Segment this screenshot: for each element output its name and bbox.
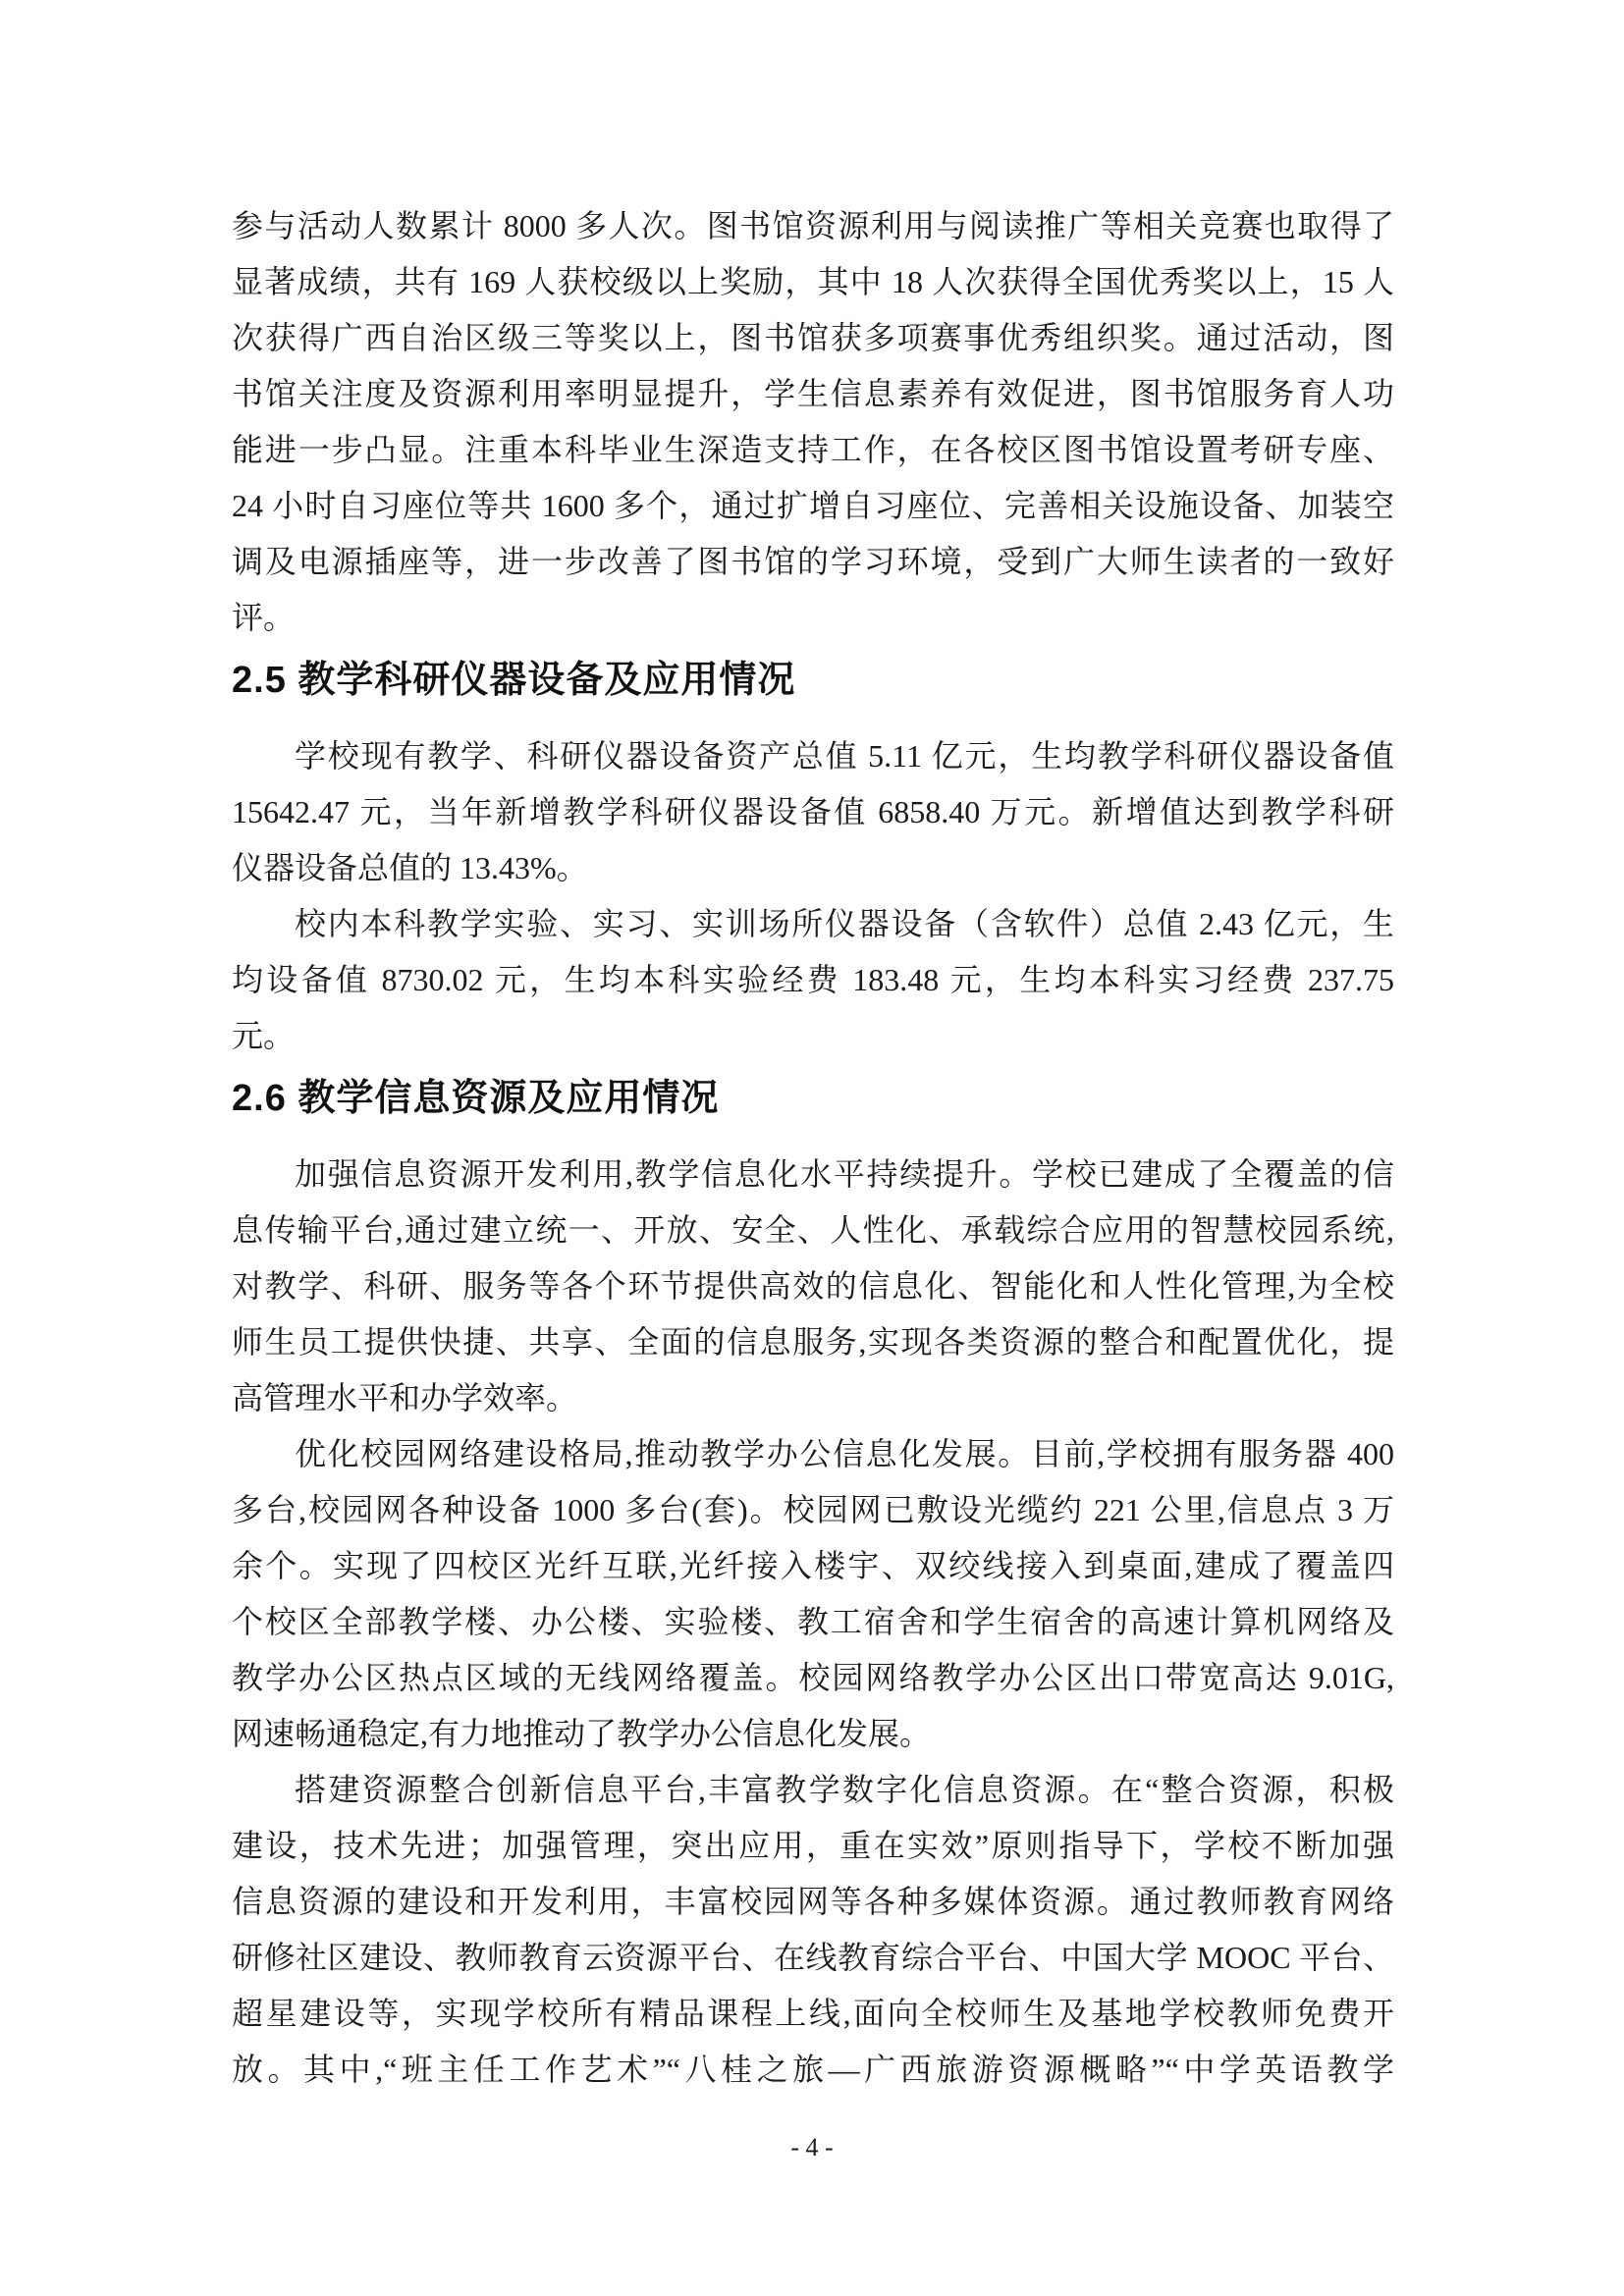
text-line: 评。 bbox=[232, 590, 1394, 646]
text-line: 建设，技术先进；加强管理，突出应用，重在实效”原则指导下，学校不断加强 bbox=[232, 1818, 1394, 1874]
text-line: 参与活动人数累计 8000 多人次。图书馆资源利用与阅读推广等相关竞赛也取得了 bbox=[232, 198, 1394, 254]
text-line: 元。 bbox=[232, 1008, 1394, 1064]
text-line: 15642.47 元，当年新增教学科研仪器设备值 6858.40 万元。新增值达… bbox=[232, 784, 1394, 840]
text-line: 教学办公区热点区域的无线网络覆盖。校园网络教学办公区出口带宽高达 9.01G, bbox=[232, 1650, 1394, 1706]
text-line: 均设备值 8730.02 元，生均本科实验经费 183.48 元，生均本科实习经… bbox=[232, 952, 1394, 1008]
text-line: 搭建资源整合创新信息平台,丰富教学数字化信息资源。在“整合资源，积极 bbox=[232, 1762, 1394, 1818]
text-line: 个校区全部教学楼、办公楼、实验楼、教工宿舍和学生宿舍的高速计算机网络及 bbox=[232, 1594, 1394, 1650]
text-line: 信息资源的建设和开发利用，丰富校园网等各种多媒体资源。通过教师教育网络 bbox=[232, 1874, 1394, 1930]
text-line: 调及电源插座等，进一步改善了图书馆的学习环境，受到广大师生读者的一致好 bbox=[232, 534, 1394, 590]
text-line: 息传输平台,通过建立统一、开放、安全、人性化、承载综合应用的智慧校园系统, bbox=[232, 1202, 1394, 1258]
section-heading-2-6: 2.6 教学信息资源及应用情况 bbox=[232, 1072, 1394, 1125]
text-line: 余个。实现了四校区光纤互联,光纤接入楼宇、双绞线接入到桌面,建成了覆盖四 bbox=[232, 1538, 1394, 1594]
text-line: 加强信息资源开发利用,教学信息化水平持续提升。学校已建成了全覆盖的信 bbox=[232, 1147, 1394, 1202]
section-heading-2-5: 2.5 教学科研仪器设备及应用情况 bbox=[232, 654, 1394, 707]
text-line: 多台,校园网各种设备 1000 多台(套)。校园网已敷设光缆约 221 公里,信… bbox=[232, 1482, 1394, 1538]
text-line: 对教学、科研、服务等各个环节提供高效的信息化、智能化和人性化管理,为全校 bbox=[232, 1258, 1394, 1314]
text-line: 次获得广西自治区级三等奖以上，图书馆获多项赛事优秀组织奖。通过活动，图 bbox=[232, 310, 1394, 366]
text-line: 高管理水平和办学效率。 bbox=[232, 1370, 1394, 1426]
text-line: 书馆关注度及资源利用率明显提升，学生信息素养有效促进，图书馆服务育人功 bbox=[232, 366, 1394, 422]
report-page: 参与活动人数累计 8000 多人次。图书馆资源利用与阅读推广等相关竞赛也取得了 … bbox=[0, 0, 1624, 2296]
text-line: 学校现有教学、科研仪器设备资产总值 5.11 亿元，生均教学科研仪器设备值 bbox=[232, 728, 1394, 784]
text-line: 研修社区建设、教师教育云资源平台、在线教育综合平台、中国大学 MOOC 平台、 bbox=[232, 1930, 1394, 1986]
intro-paragraph: 参与活动人数累计 8000 多人次。图书馆资源利用与阅读推广等相关竞赛也取得了 … bbox=[232, 198, 1394, 646]
text-line: 优化校园网络建设格局,推动教学办公信息化发展。目前,学校拥有服务器 400 bbox=[232, 1426, 1394, 1482]
text-line: 放。其中,“班主任工作艺术”“八桂之旅—广西旅游资源概略”“中学英语教学 bbox=[232, 2042, 1394, 2098]
text-line: 校内本科教学实验、实习、实训场所仪器设备（含软件）总值 2.43 亿元，生 bbox=[232, 896, 1394, 952]
paragraph-campus-network: 优化校园网络建设格局,推动教学办公信息化发展。目前,学校拥有服务器 400 多台… bbox=[232, 1426, 1394, 1762]
page-number: - 4 - bbox=[0, 2128, 1624, 2167]
text-line: 超星建设等，实现学校所有精品课程上线,面向全校师生及基地学校教师免费开 bbox=[232, 1986, 1394, 2042]
document-text-block: 参与活动人数累计 8000 多人次。图书馆资源利用与阅读推广等相关竞赛也取得了 … bbox=[232, 198, 1394, 2098]
paragraph-lab-equipment: 校内本科教学实验、实习、实训场所仪器设备（含软件）总值 2.43 亿元，生 均设… bbox=[232, 896, 1394, 1064]
text-line: 能进一步凸显。注重本科毕业生深造支持工作，在各校区图书馆设置考研专座、 bbox=[232, 422, 1394, 478]
paragraph-equipment-values: 学校现有教学、科研仪器设备资产总值 5.11 亿元，生均教学科研仪器设备值 15… bbox=[232, 728, 1394, 896]
text-line: 显著成绩，共有 169 人获校级以上奖励，其中 18 人次获得全国优秀奖以上，1… bbox=[232, 254, 1394, 310]
paragraph-information-platform: 加强信息资源开发利用,教学信息化水平持续提升。学校已建成了全覆盖的信 息传输平台… bbox=[232, 1147, 1394, 1426]
text-line: 师生员工提供快捷、共享、全面的信息服务,实现各类资源的整合和配置优化，提 bbox=[232, 1314, 1394, 1370]
text-line: 仪器设备总值的 13.43%。 bbox=[232, 840, 1394, 896]
text-line: 24 小时自习座位等共 1600 多个，通过扩增自习座位、完善相关设施设备、加装… bbox=[232, 478, 1394, 534]
text-line: 网速畅通稳定,有力地推动了教学办公信息化发展。 bbox=[232, 1706, 1394, 1762]
paragraph-digital-resources: 搭建资源整合创新信息平台,丰富教学数字化信息资源。在“整合资源，积极 建设，技术… bbox=[232, 1762, 1394, 2098]
